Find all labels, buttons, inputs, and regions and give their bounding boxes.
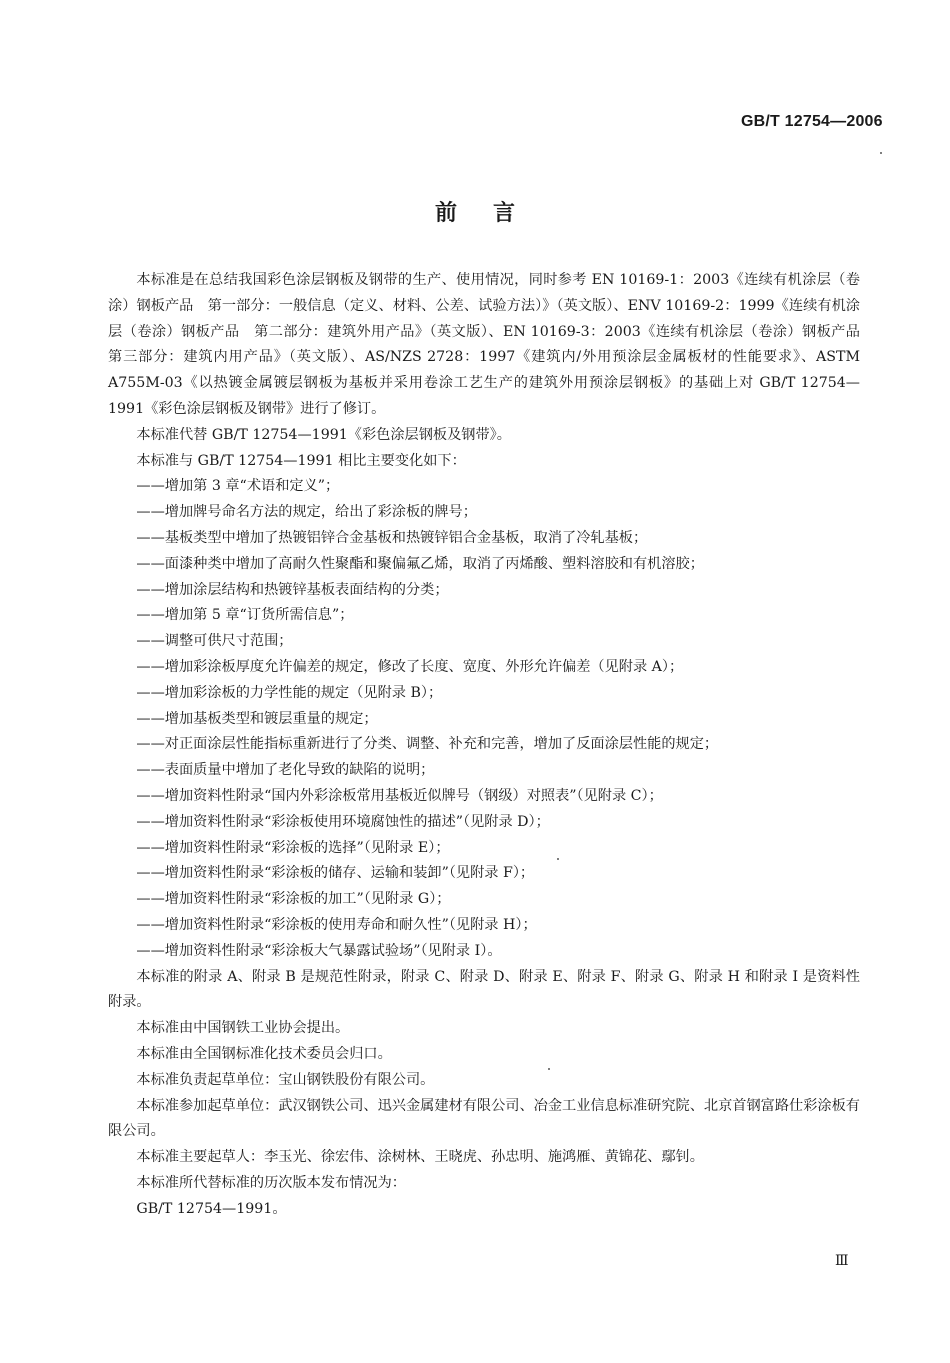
centralized-by-paragraph: 本标准由全国钢标准化技术委员会归口。 <box>108 1042 860 1068</box>
history-version: GB/T 12754—1991。 <box>108 1197 860 1223</box>
list-item: ——调整可供尺寸范围； <box>108 629 860 655</box>
list-item: ——面漆种类中增加了高耐久性聚酯和聚偏氟乙烯，取消了丙烯酸、塑料溶胶和有机溶胶； <box>108 552 860 578</box>
drafting-lead-paragraph: 本标准负责起草单位：宝山钢铁股份有限公司。 <box>108 1068 860 1094</box>
drafting-participants-paragraph: 本标准参加起草单位：武汉钢铁公司、迅兴金属建材有限公司、冶金工业信息标准研究院、… <box>108 1094 860 1146</box>
list-item: ——增加涂层结构和热镀锌基板表面结构的分类； <box>108 578 860 604</box>
list-item: ——基板类型中增加了热镀铝锌合金基板和热镀锌铝合金基板，取消了冷轧基板； <box>108 526 860 552</box>
page-number: Ⅲ <box>835 1253 849 1269</box>
changes-list: ——增加第 3 章“术语和定义”； ——增加牌号命名方法的规定，给出了彩涂板的牌… <box>108 474 860 964</box>
list-item: ——增加彩涂板的力学性能的规定（见附录 B）； <box>108 681 860 707</box>
list-item: ——增加资料性附录“彩涂板使用环境腐蚀性的描述”（见附录 D）； <box>108 810 860 836</box>
list-item: ——增加资料性附录“彩涂板大气暴露试验场”（见附录 I）。 <box>108 939 860 965</box>
list-item: ——增加第 3 章“术语和定义”； <box>108 474 860 500</box>
foreword-body: 本标准是在总结我国彩色涂层钢板及钢带的生产、使用情况，同时参考 EN 10169… <box>108 268 860 1222</box>
page-title: 前言 <box>0 196 950 227</box>
list-item: ——增加牌号命名方法的规定，给出了彩涂板的牌号； <box>108 500 860 526</box>
scan-speck <box>548 1068 550 1070</box>
list-item: ——增加资料性附录“彩涂板的储存、运输和装卸”（见附录 F）； <box>108 861 860 887</box>
list-item: ——对正面涂层性能指标重新进行了分类、调整、补充和完善，增加了反面涂层性能的规定… <box>108 732 860 758</box>
scan-speck <box>557 858 559 860</box>
list-item: ——增加基板类型和镀层重量的规定； <box>108 707 860 733</box>
list-item: ——增加资料性附录“彩涂板的加工”（见附录 G）； <box>108 887 860 913</box>
list-item: ——增加资料性附录“国内外彩涂板常用基板近似牌号（钢级）对照表”（见附录 C）； <box>108 784 860 810</box>
list-item: ——增加第 5 章“订货所需信息”； <box>108 603 860 629</box>
list-item: ——表面质量中增加了老化导致的缺陷的说明； <box>108 758 860 784</box>
intro-paragraph: 本标准是在总结我国彩色涂层钢板及钢带的生产、使用情况，同时参考 EN 10169… <box>108 268 860 423</box>
scan-speck <box>880 152 882 154</box>
replaces-paragraph: 本标准代替 GB/T 12754—1991《彩色涂层钢板及钢带》。 <box>108 423 860 449</box>
main-drafters-paragraph: 本标准主要起草人：李玉光、徐宏伟、涂树林、王晓虎、孙忠明、施鸿雁、黄锦花、鄢钊。 <box>108 1145 860 1171</box>
standard-code-header: GB/T 12754—2006 <box>741 113 883 131</box>
annexes-paragraph: 本标准的附录 A、附录 B 是规范性附录，附录 C、附录 D、附录 E、附录 F… <box>108 965 860 1017</box>
history-intro-paragraph: 本标准所代替标准的历次版本发布情况为： <box>108 1171 860 1197</box>
list-item: ——增加资料性附录“彩涂板的使用寿命和耐久性”（见附录 H）； <box>108 913 860 939</box>
proposed-by-paragraph: 本标准由中国钢铁工业协会提出。 <box>108 1016 860 1042</box>
list-item: ——增加资料性附录“彩涂板的选择”（见附录 E）； <box>108 836 860 862</box>
changes-intro: 本标准与 GB/T 12754—1991 相比主要变化如下： <box>108 449 860 475</box>
list-item: ——增加彩涂板厚度允许偏差的规定，修改了长度、宽度、外形允许偏差（见附录 A）； <box>108 655 860 681</box>
